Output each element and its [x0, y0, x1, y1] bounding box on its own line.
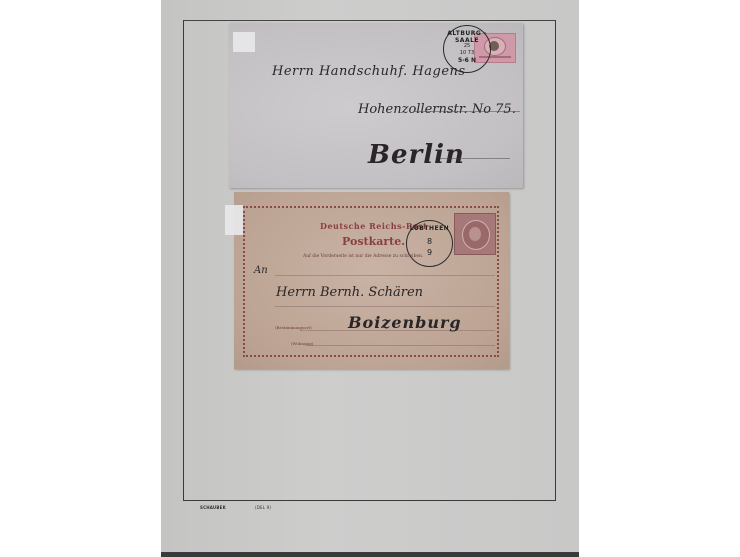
- address-rule: [275, 275, 495, 276]
- postmark-day: 8: [407, 237, 452, 246]
- postcard-salutation: An: [254, 265, 268, 276]
- album-brand: SCHAUBEK: [200, 505, 226, 510]
- underline: [415, 111, 520, 112]
- postmark-time: 5-6 N: [444, 57, 490, 64]
- underline: [440, 158, 510, 159]
- envelope-city: Berlin: [368, 140, 465, 170]
- table-surface: [161, 552, 579, 557]
- postmark-month: 10 73: [444, 50, 490, 56]
- address-rule: [305, 345, 495, 346]
- postcard-stamp-icon: [454, 213, 496, 255]
- field-destination-label: (Bestimmungsort): [275, 325, 312, 330]
- address-rule: [275, 306, 495, 307]
- postmark-month: 9: [407, 248, 452, 257]
- postcard-addressee: Herrn Bernh. Schären: [276, 285, 423, 300]
- stamp-eagle: [469, 227, 481, 241]
- envelope-street: Hohenzollernstr. No 75.: [358, 102, 516, 117]
- postcard-city: Boizenburg: [348, 313, 462, 332]
- field-residence-label: (Wohnung): [291, 341, 313, 346]
- photo-hinge: [225, 205, 243, 235]
- postcard-instruction: Auf die Vorderseite ist nur die Adresse …: [303, 254, 423, 259]
- photo-hinge: [233, 32, 255, 52]
- postmark-town: LÜBTHEEN: [407, 225, 452, 232]
- postcard-postmark: LÜBTHEEN 8 9: [406, 220, 453, 267]
- postcard-title: Postkarte.: [342, 235, 405, 248]
- postmark-day: 25: [444, 43, 490, 49]
- postmark-town: ALTBURG · SAALE: [444, 30, 490, 44]
- album-page-number: (DEL 9): [255, 505, 271, 510]
- envelope-addressee: Herrn Handschuhf. Hagens: [272, 64, 466, 79]
